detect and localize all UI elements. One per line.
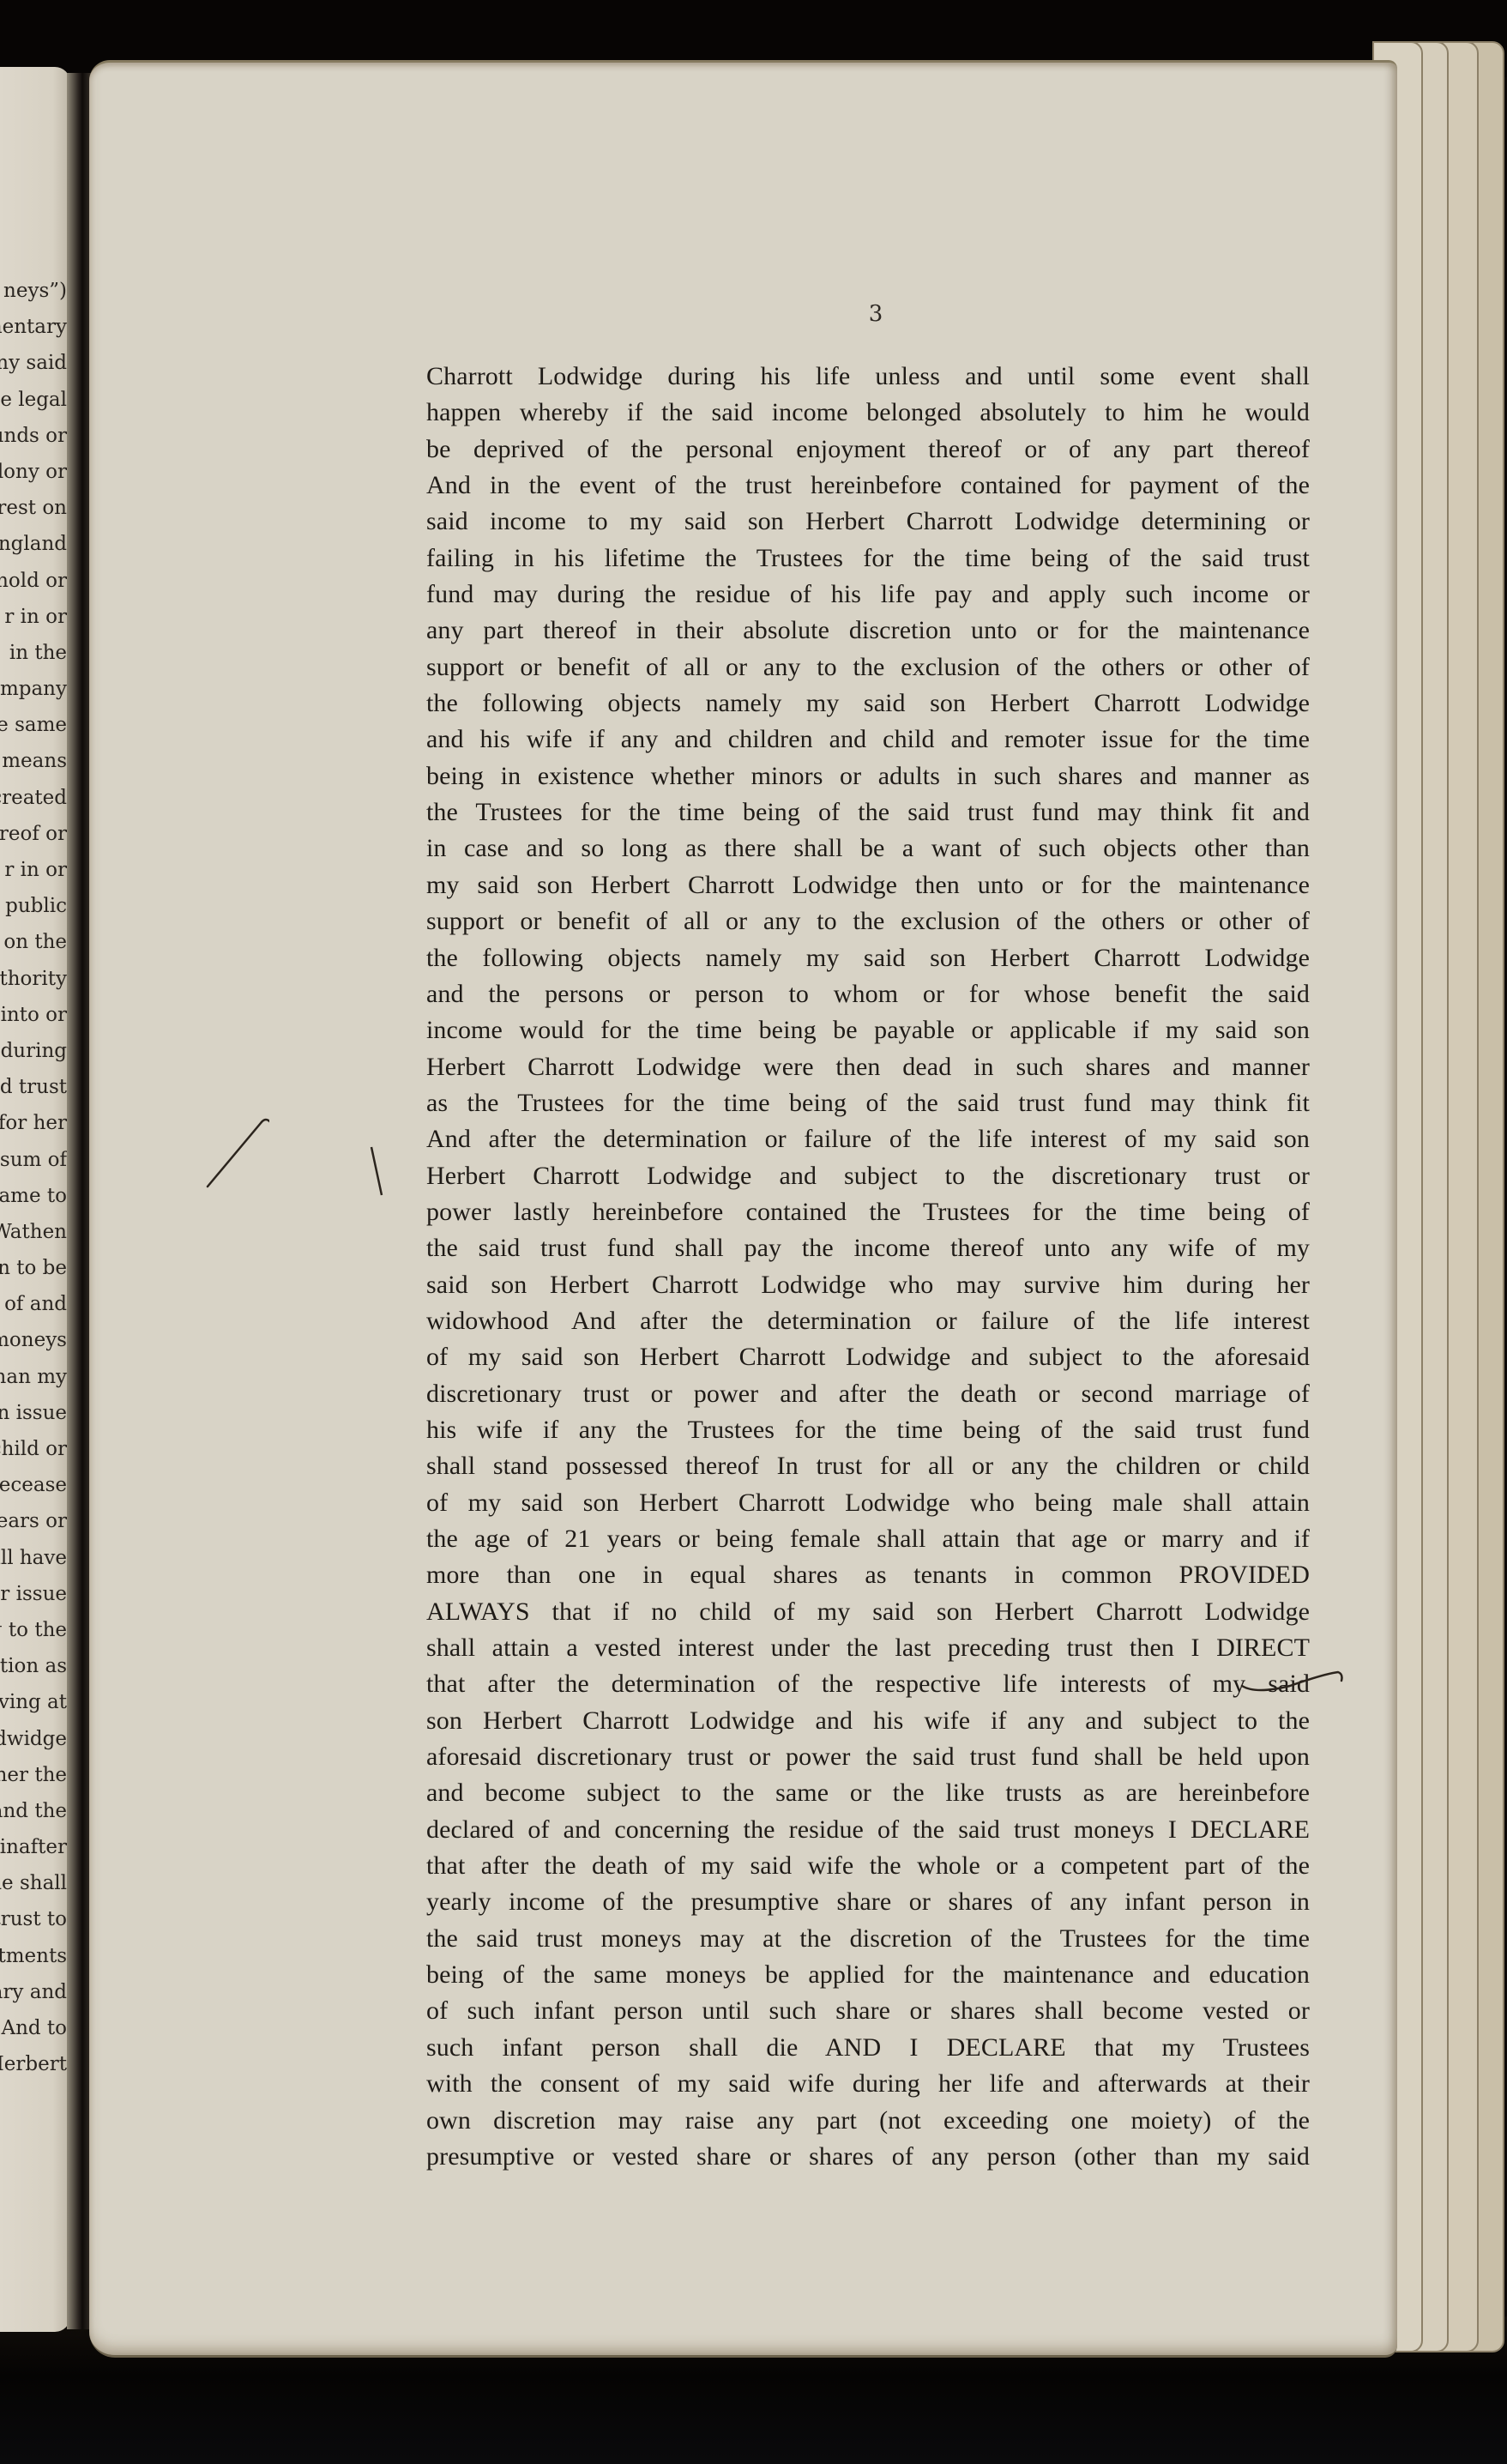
document-page: 3 Charrott Lodwidge during his life unle…	[89, 60, 1397, 2358]
text-line: happen whereby if the said income belong…	[426, 395, 1310, 431]
pencil-tick-left-margin-icon	[201, 1111, 269, 1188]
document-body: Charrott Lodwidge during his life unless…	[426, 359, 1310, 2175]
left-page-line: iving at	[0, 1684, 67, 1720]
text-line: support or benefit of all or any to the …	[426, 649, 1310, 685]
left-page-line: unds or	[0, 418, 67, 454]
left-page-line: Wathen	[0, 1214, 67, 1250]
text-line: the Trustees for the time being of the s…	[426, 794, 1310, 830]
text-line: yearly income of the presumptive share o…	[426, 1884, 1310, 1920]
text-line: son Herbert Charrott Lodwidge and his wi…	[426, 1703, 1310, 1739]
text-line: And after the determination or failure o…	[426, 1121, 1310, 1157]
left-page-fragment: neys”)nentaryny saide legalunds orlony o…	[0, 67, 70, 2332]
left-page-line: all have	[0, 1540, 67, 1576]
left-page-line: of and	[0, 1286, 67, 1322]
text-line: income would for the time being be payab…	[426, 1012, 1310, 1048]
text-line: own discretion may raise any part (not e…	[426, 2103, 1310, 2139]
left-page-line: public	[0, 888, 67, 924]
left-page-line: ny said	[0, 345, 67, 381]
text-line: that after the death of my said wife the…	[426, 1848, 1310, 1884]
text-line: Charrott Lodwidge during his life unless…	[426, 359, 1310, 395]
text-line: the following objects namely my said son…	[426, 685, 1310, 722]
left-page-line: nold or	[0, 563, 67, 599]
left-page-line: ution as	[0, 1648, 67, 1684]
text-line: said income to my said son Herbert Charr…	[426, 504, 1310, 540]
left-page-line: ompany	[0, 671, 67, 707]
text-line: And in the event of the trust hereinbefo…	[426, 468, 1310, 504]
text-line: being of the same moneys be applied for …	[426, 1957, 1310, 1993]
text-line: of such infant person until such share o…	[426, 1993, 1310, 2029]
left-page-line: Lodwidge	[0, 1721, 67, 1757]
left-page-line: e legal	[0, 382, 67, 418]
left-page-line: neys”)	[0, 273, 67, 309]
left-page-line: moneys	[0, 1322, 67, 1358]
left-page-line: in the	[0, 635, 67, 671]
left-page-line: vary and	[0, 1974, 67, 2010]
text-line: that after the determination of the resp…	[426, 1666, 1310, 1702]
text-line: said son Herbert Charrott Lodwidge who m…	[426, 1267, 1310, 1303]
text-line: the age of 21 years or being female shal…	[426, 1521, 1310, 1557]
text-line: such infant person shall die AND I DECLA…	[426, 2030, 1310, 2066]
left-page-line: years or	[0, 1503, 67, 1539]
left-page-line: ther the	[0, 1757, 67, 1793]
left-page-line: e sum of	[0, 1142, 67, 1178]
text-line: aforesaid discretionary trust or power t…	[426, 1739, 1310, 1775]
text-line: in case and so long as there shall be a …	[426, 830, 1310, 867]
text-line: be deprived of the personal enjoyment th…	[426, 432, 1310, 468]
text-line: of my said son Herbert Charrott Lodwidge…	[426, 1485, 1310, 1521]
pencil-tick-right-margin-icon	[1239, 1660, 1350, 1703]
left-page-line: id trust	[0, 1069, 67, 1105]
left-page-line: estments	[0, 1938, 67, 1974]
left-page-line: child or	[0, 1431, 67, 1467]
left-page-line: on the	[0, 924, 67, 960]
text-line: discretionary trust or power and after t…	[426, 1376, 1310, 1412]
text-line: with the consent of my said wife during …	[426, 2066, 1310, 2102]
text-line: the said trust moneys may at the discret…	[426, 1921, 1310, 1957]
text-line: the following objects namely my said son…	[426, 940, 1310, 976]
text-line: any part thereof in their absolute discr…	[426, 613, 1310, 649]
left-page-line: created	[0, 780, 67, 816]
text-line: power lastly hereinbefore contained the …	[426, 1194, 1310, 1230]
left-page-line: an issue	[0, 1395, 67, 1431]
left-page-line: same to	[0, 1178, 67, 1214]
pencil-stroke-herbert-icon	[368, 1145, 394, 1197]
text-line: presumptive or vested share or shares of…	[426, 2139, 1310, 2175]
left-page-line: ereinafter	[0, 1829, 67, 1865]
text-line: my said son Herbert Charrott Lodwidge th…	[426, 867, 1310, 903]
text-line: and become subject to the same or the li…	[426, 1775, 1310, 1811]
left-page-line: r in or	[0, 599, 67, 635]
left-page-line: lony or	[0, 454, 67, 490]
left-page-line: Herbert	[0, 2046, 67, 2082]
left-page-line: during	[0, 1033, 67, 1069]
text-line: being in existence whether minors or adu…	[426, 758, 1310, 794]
text-line: declared of and concerning the residue o…	[426, 1812, 1310, 1848]
left-page-line: England	[0, 526, 67, 562]
left-page-line: for her	[0, 1105, 67, 1141]
text-line: the said trust fund shall pay the income…	[426, 1230, 1310, 1266]
left-page-line: reof or	[0, 816, 67, 852]
left-page-line: uthority	[0, 961, 67, 997]
text-line: shall stand possessed thereof In trust f…	[426, 1448, 1310, 1484]
text-line: fund may during the residue of his life …	[426, 577, 1310, 613]
text-line: of my said son Herbert Charrott Lodwidge…	[426, 1339, 1310, 1375]
text-line: shall attain a vested interest under the…	[426, 1630, 1310, 1666]
text-line: Herbert Charrott Lodwidge were then dead…	[426, 1049, 1310, 1085]
page-number: 3	[863, 301, 889, 327]
text-line: his wife if any the Trustees for the tim…	[426, 1412, 1310, 1448]
left-page-line: me shall	[0, 1865, 67, 1901]
left-page-line: er issue	[0, 1576, 67, 1612]
text-line: and his wife if any and children and chi…	[426, 722, 1310, 758]
left-page-line: r in or	[0, 852, 67, 888]
text-line: ALWAYS that if no child of my said son H…	[426, 1594, 1310, 1630]
left-page-line: decease	[0, 1467, 67, 1503]
text-line: failing in his lifetime the Trustees for…	[426, 541, 1310, 577]
left-page-line: han my	[0, 1359, 67, 1395]
left-page-text: neys”)nentaryny saide legalunds orlony o…	[0, 273, 67, 2082]
left-page-line: ne same	[0, 707, 67, 743]
left-page-line: And to	[0, 2010, 67, 2046]
text-line: support or benefit of all or any to the …	[426, 903, 1310, 939]
text-line: more than one in equal shares as tenants…	[426, 1557, 1310, 1593]
text-line: widowhood And after the determination or…	[426, 1303, 1310, 1339]
left-page-line: n trust to	[0, 1901, 67, 1937]
left-page-line: n to be	[0, 1250, 67, 1286]
left-page-line: rest on	[0, 490, 67, 526]
text-line: Herbert Charrott Lodwidge and subject to…	[426, 1158, 1310, 1194]
left-page-line: means	[0, 743, 67, 779]
left-page-line: into or	[0, 997, 67, 1033]
text-line: as the Trustees for the time being of th…	[426, 1085, 1310, 1121]
left-page-line: nentary	[0, 309, 67, 345]
left-page-line: and the	[0, 1793, 67, 1829]
left-page-line: ng to the	[0, 1612, 67, 1648]
text-line: and the persons or person to whom or for…	[426, 976, 1310, 1012]
